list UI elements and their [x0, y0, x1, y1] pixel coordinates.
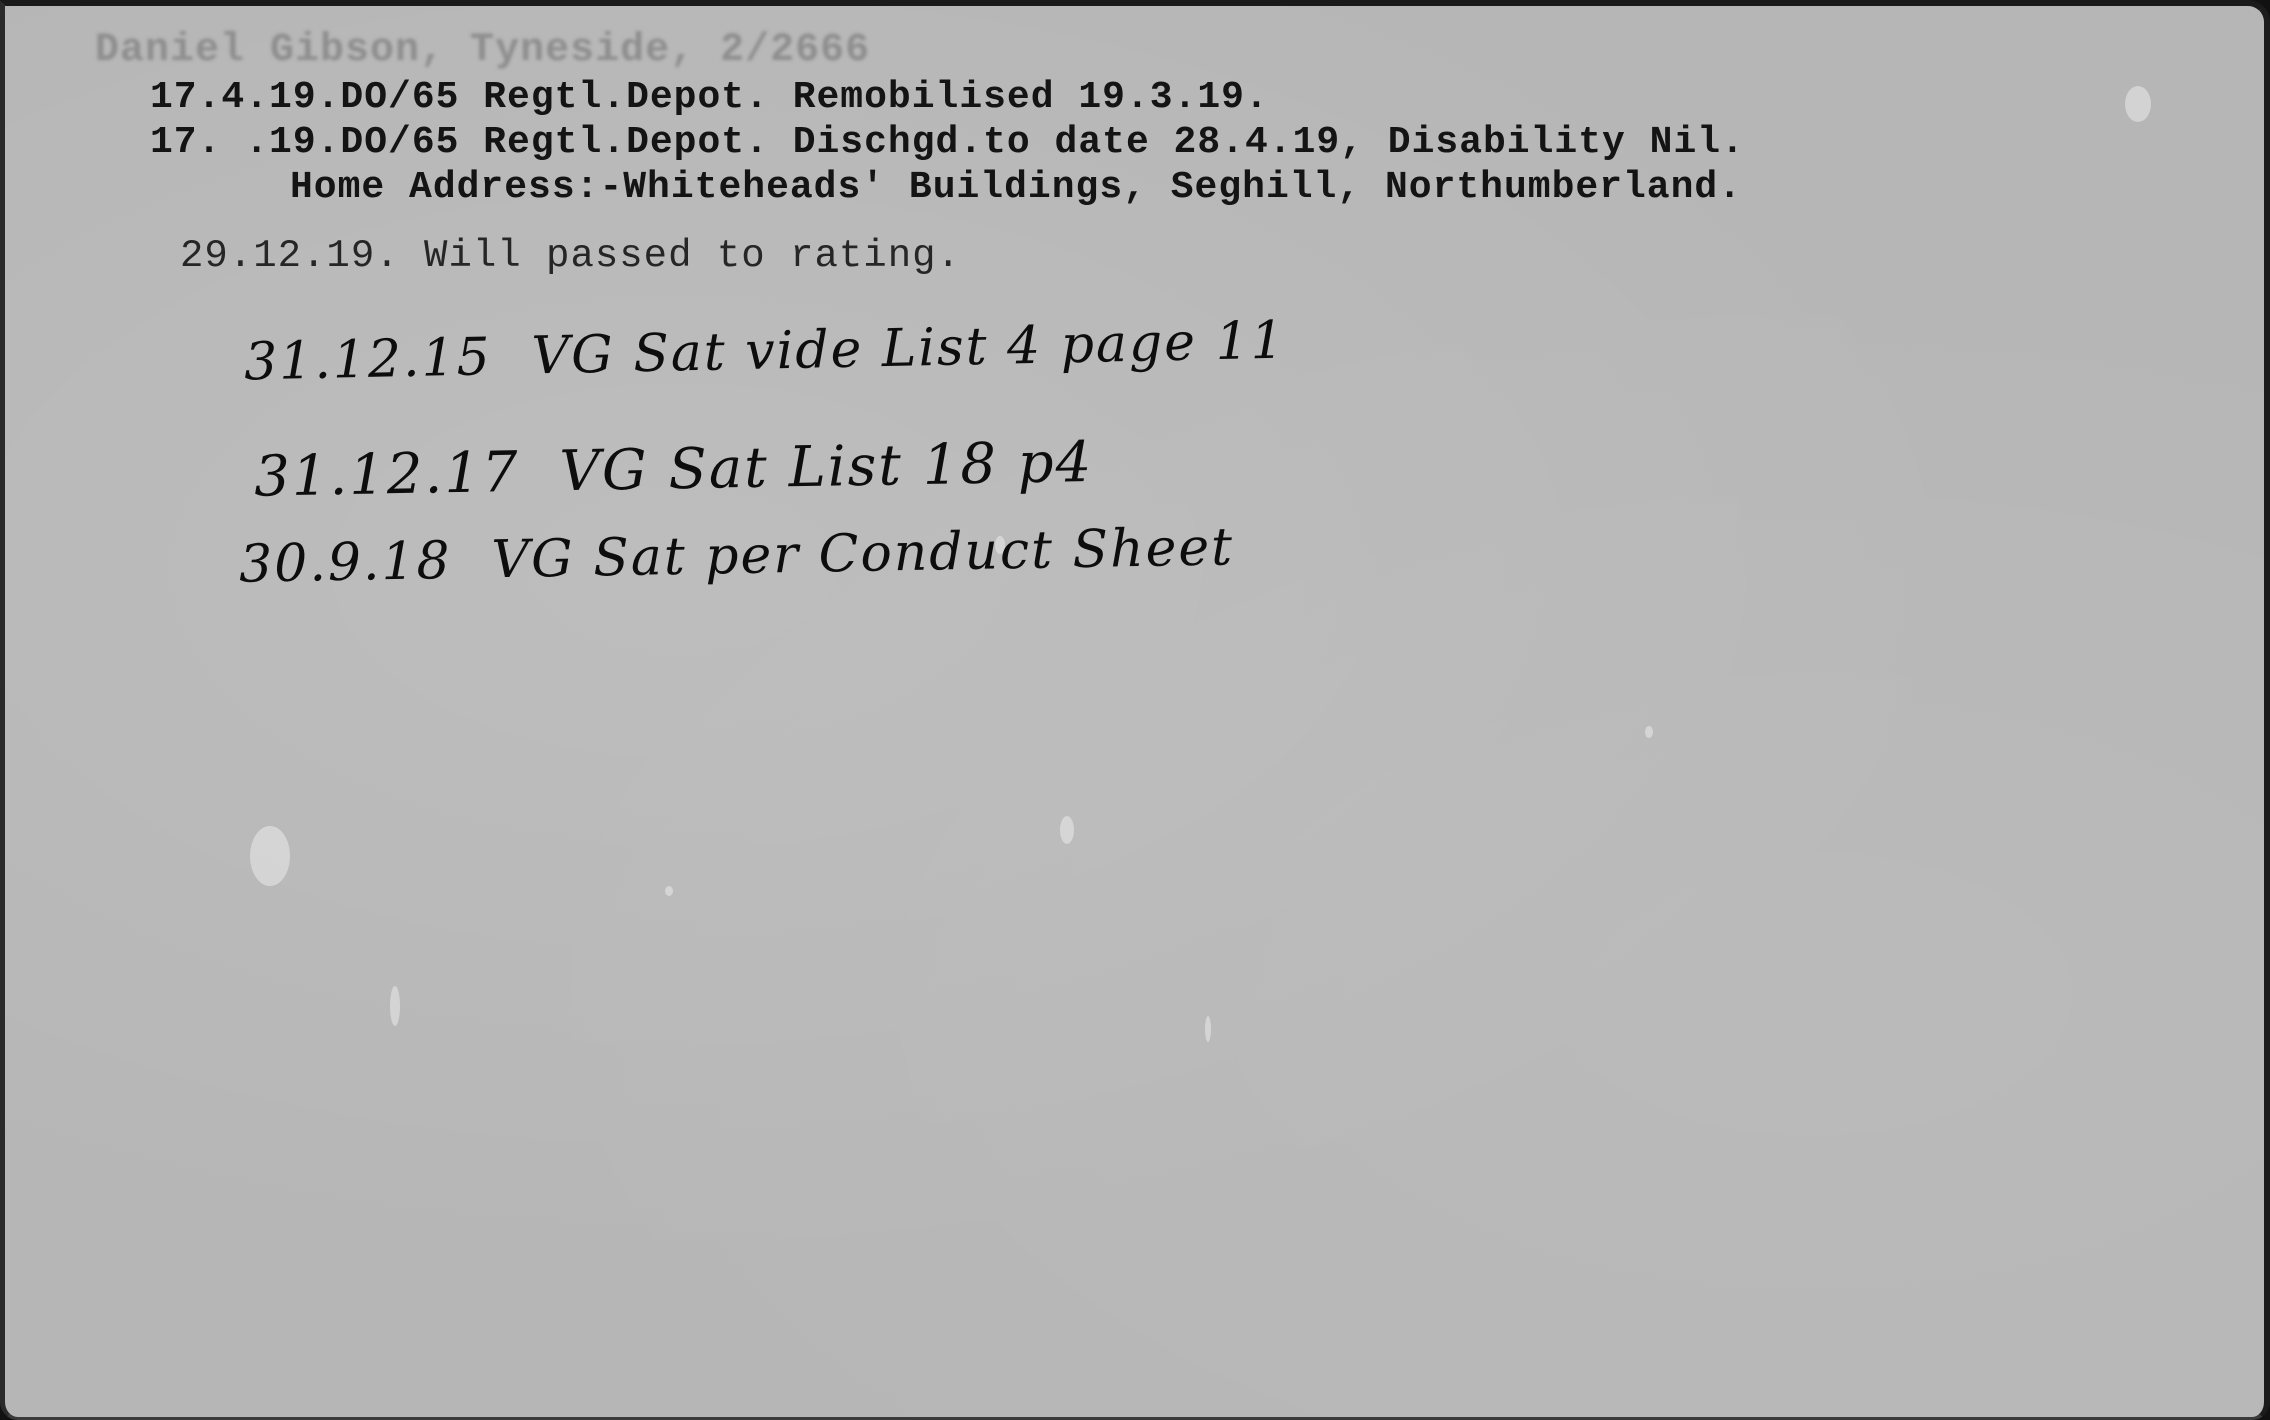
dust-speck: [1205, 1016, 1211, 1042]
dust-speck: [1645, 726, 1653, 738]
faded-header: Daniel Gibson, Tyneside, 2/2666: [95, 28, 870, 73]
handwritten-date: 30.9.18: [239, 531, 452, 595]
typed-entry-home-address: Home Address:-Whiteheads' Buildings, Seg…: [290, 166, 1742, 209]
dust-speck: [1060, 816, 1074, 844]
typed-entry-remobilised: 17.4.19.DO/65 Regtl.Depot. Remobilised 1…: [150, 76, 1269, 119]
dust-speck: [390, 986, 400, 1026]
handwritten-note: VG Sat per Conduct Sheet: [491, 517, 1235, 590]
dust-speck: [2125, 86, 2151, 122]
record-card: Daniel Gibson, Tyneside, 2/2666 17.4.19.…: [0, 0, 2270, 1420]
dust-speck: [250, 826, 290, 886]
dust-speck: [665, 886, 673, 896]
handwritten-entry: 30.9.18VG Sat per Conduct Sheet: [163, 457, 1235, 656]
typed-entry-discharged: 17. .19.DO/65 Regtl.Depot. Dischgd.to da…: [150, 121, 1745, 164]
